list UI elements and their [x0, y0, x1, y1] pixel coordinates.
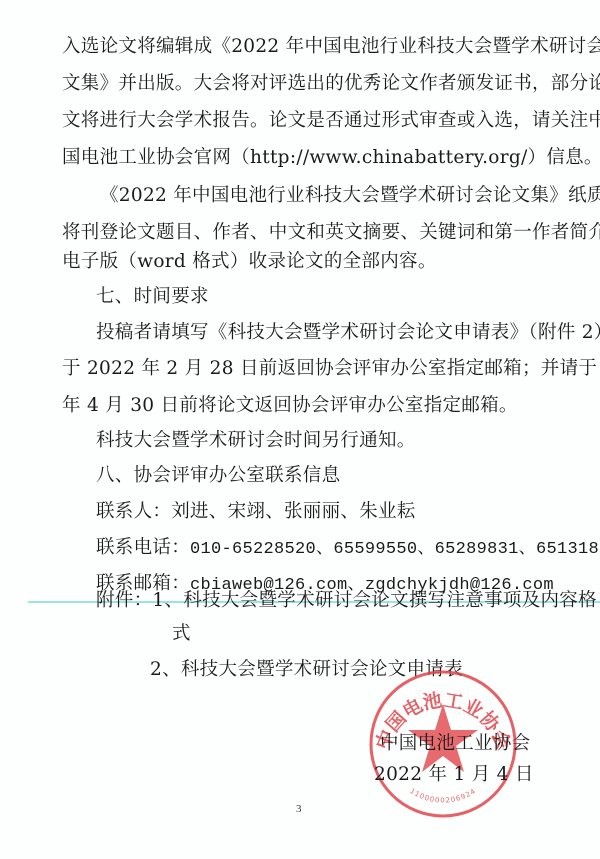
- proceedings-line-2: 将刊登论文题目、作者、中文和英文摘要、关键词和第一作者简介。: [62, 222, 600, 244]
- section-7-line-4: 科技大会暨学术研讨会时间另行通知。: [96, 430, 416, 452]
- section-8-heading: 八、协会评审办公室联系信息: [96, 465, 340, 487]
- attachments-row-1: 附件：1、科技大会暨学术研讨会论文撰写注意事项及内容格: [96, 590, 597, 612]
- section-7-line-2: 于 2022 年 2 月 28 日前返回协会评审办公室指定邮箱；并请于 2022: [62, 358, 600, 380]
- phone-value: 010-65228520、65599550、65289831、65131879: [190, 540, 600, 559]
- attachment-1-line-1: 1、科技大会暨学术研讨会论文撰写注意事项及内容格: [152, 590, 596, 611]
- page-number: 3: [296, 803, 302, 815]
- document-page: 入选论文将编辑成《2022 年中国电池行业科技大会暨学术研讨会论 文集》并出版。…: [0, 0, 600, 859]
- attachment-1-line-2: 式: [172, 623, 191, 645]
- intro-line-4: 国电池工业协会官网（http://www.chinabattery.org/）信…: [62, 147, 600, 169]
- section-7-heading: 七、时间要求: [96, 286, 209, 308]
- proceedings-line-3: 电子版（word 格式）收录论文的全部内容。: [62, 251, 437, 273]
- attachment-2: 2、科技大会暨学术研讨会论文申请表: [150, 659, 463, 681]
- svg-text:1100000206924: 1100000206924: [408, 787, 477, 805]
- phone-row: 联系电话：010-65228520、65599550、65289831、6513…: [96, 537, 600, 561]
- contacts-row: 联系人：刘进、宋翊、张丽丽、朱业耘: [96, 501, 416, 523]
- signature-date: 2022 年 1 月 4 日: [374, 764, 534, 786]
- intro-line-1: 入选论文将编辑成《2022 年中国电池行业科技大会暨学术研讨会论: [62, 36, 600, 58]
- contacts-value: 刘进、宋翊、张丽丽、朱业耘: [171, 501, 415, 522]
- intro-line-2: 文集》并出版。大会将对评选出的优秀论文作者颁发证书，部分论: [62, 73, 600, 95]
- section-7-line-1: 投稿者请填写《科技大会暨学术研讨会论文申请表》（附件 2）: [96, 322, 600, 344]
- section-7-line-3: 年 4 月 30 日前将论文返回协会评审办公室指定邮箱。: [62, 395, 518, 417]
- signature-organization: 中国电池工业协会: [380, 733, 530, 755]
- phone-label: 联系电话：: [96, 537, 190, 558]
- attachments-label: 附件：: [96, 590, 152, 611]
- proceedings-line-1: 《2022 年中国电池行业科技大会暨学术研讨会论文集》纸质版: [100, 185, 600, 207]
- intro-line-3: 文将进行大会学术报告。论文是否通过形式审查或入选，请关注中: [62, 110, 600, 132]
- contacts-label: 联系人：: [96, 501, 171, 522]
